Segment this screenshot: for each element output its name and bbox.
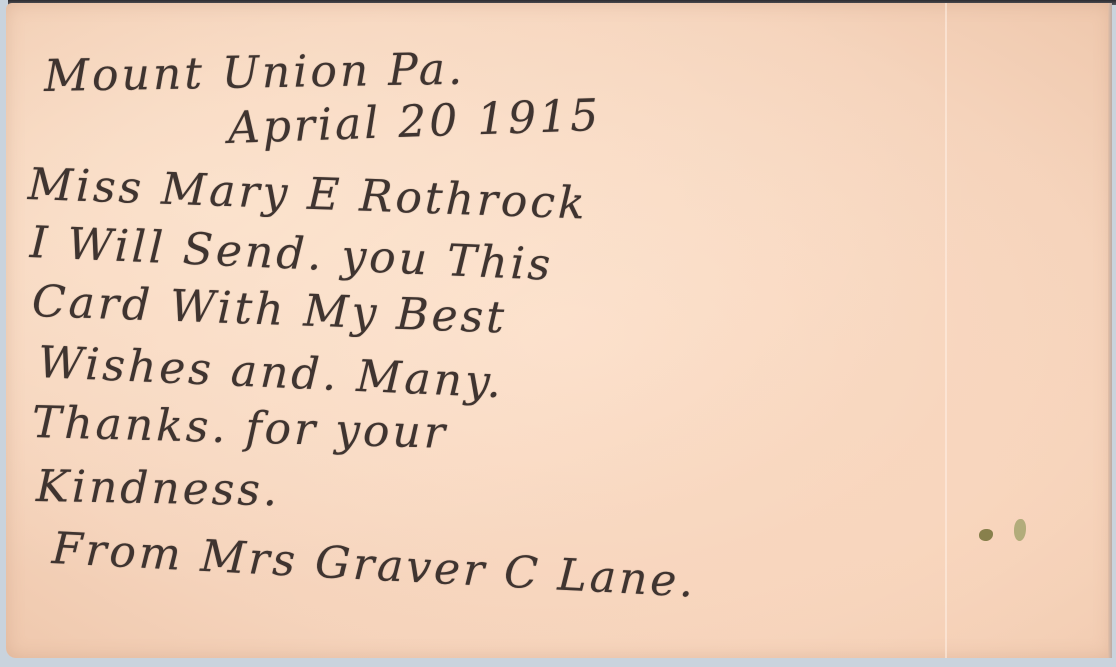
salutation: Miss Mary E Rothrock xyxy=(27,163,588,227)
body-line: Card With My Best xyxy=(31,280,507,341)
handwritten-message: Mount Union Pa. Aprial 20 1915 Miss Mary… xyxy=(6,3,1112,658)
body-line: Kindness. xyxy=(36,465,281,513)
heading-place: Mount Union Pa. xyxy=(44,48,466,99)
postcard: Mount Union Pa. Aprial 20 1915 Miss Mary… xyxy=(6,3,1112,658)
signature: From Mrs Graver C Lane. xyxy=(51,527,698,605)
postcard-scan: Mount Union Pa. Aprial 20 1915 Miss Mary… xyxy=(0,0,1116,667)
body-line: Wishes and. Many. xyxy=(37,341,505,405)
heading-date: Aprial 20 1915 xyxy=(227,94,602,151)
body-line: Thanks. for your xyxy=(31,401,448,456)
